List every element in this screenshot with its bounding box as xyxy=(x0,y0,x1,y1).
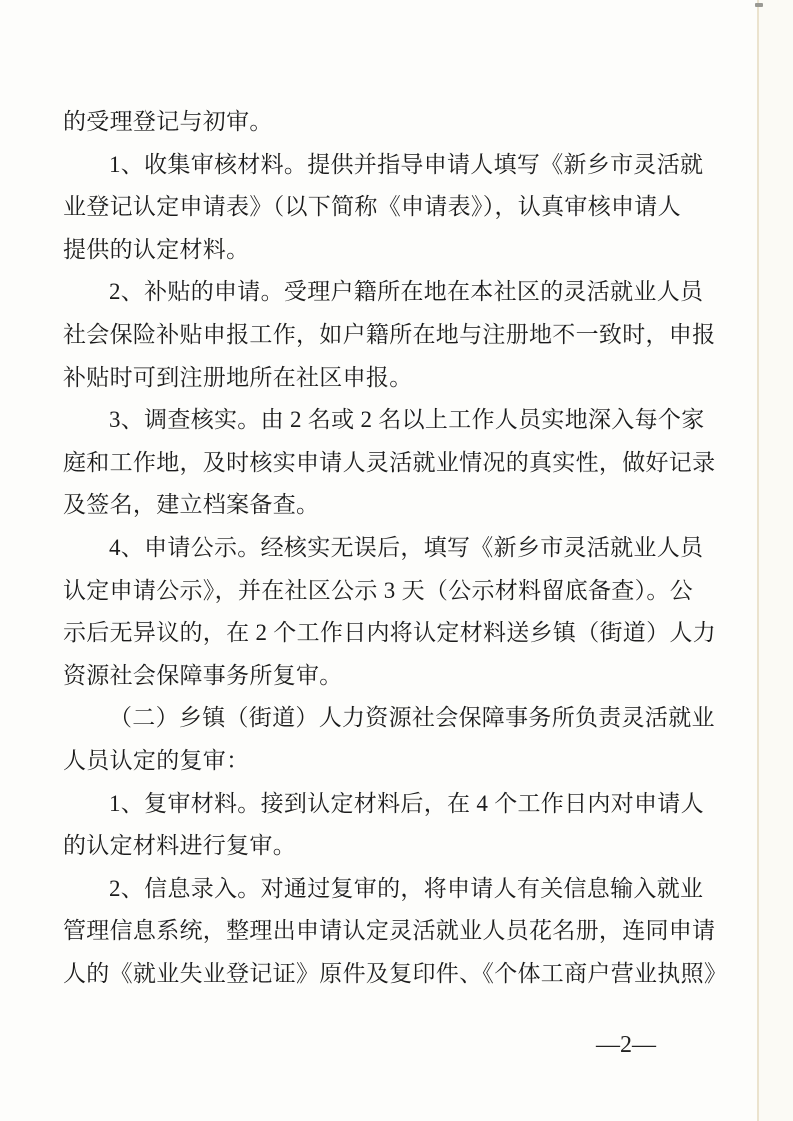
text-line: 的受理登记与初审。 xyxy=(63,101,723,144)
text-line: 示后无异议的，在 2 个工作日内将认定材料送乡镇（街道）人力 xyxy=(63,612,723,655)
text-line: 提供的认定材料。 xyxy=(63,229,723,272)
text-line: 3、调查核实。由 2 名或 2 名以上工作人员实地深入每个家 xyxy=(63,399,723,442)
paper-edge xyxy=(757,0,759,1121)
document-body: 的受理登记与初审。 1、收集审核材料。提供并指导申请人填写《新乡市灵活就 业登记… xyxy=(63,101,723,995)
text-line: 及签名，建立档案备查。 xyxy=(63,484,723,527)
text-line: 1、复审材料。接到认定材料后，在 4 个工作日内对申请人 xyxy=(63,783,723,826)
text-line: 1、收集审核材料。提供并指导申请人填写《新乡市灵活就 xyxy=(63,144,723,187)
text-line: （二）乡镇（街道）人力资源社会保障事务所负责灵活就业 xyxy=(63,697,723,740)
page-number: —2— xyxy=(596,1032,656,1059)
text-line: 的认定材料进行复审。 xyxy=(63,825,723,868)
document-page: 的受理登记与初审。 1、收集审核材料。提供并指导申请人填写《新乡市灵活就 业登记… xyxy=(0,0,793,1121)
text-line: 人的《就业失业登记证》原件及复印件、《个体工商户营业执照》 xyxy=(63,953,723,996)
text-line: 认定申请公示》，并在社区公示 3 天（公示材料留底备查）。公 xyxy=(63,570,723,613)
text-line: 2、补贴的申请。受理户籍所在地在本社区的灵活就业人员 xyxy=(63,271,723,314)
text-line: 业登记认定申请表》（以下简称《申请表》），认真审核申请人 xyxy=(63,186,723,229)
text-line: 2、信息录入。对通过复审的，将申请人有关信息输入就业 xyxy=(63,868,723,911)
text-line: 社会保险补贴申报工作，如户籍所在地与注册地不一致时，申报 xyxy=(63,314,723,357)
text-line: 庭和工作地，及时核实申请人灵活就业情况的真实性，做好记录 xyxy=(63,442,723,485)
text-line: 资源社会保障事务所复审。 xyxy=(63,655,723,698)
paper-edge-strip xyxy=(759,0,793,1121)
text-line: 补贴时可到注册地所在社区申报。 xyxy=(63,357,723,400)
text-line: 人员认定的复审： xyxy=(63,740,723,783)
text-line: 管理信息系统，整理出申请认定灵活就业人员花名册，连同申请 xyxy=(63,910,723,953)
text-line: 4、申请公示。经核实无误后，填写《新乡市灵活就业人员 xyxy=(63,527,723,570)
scan-artifact xyxy=(755,3,763,7)
